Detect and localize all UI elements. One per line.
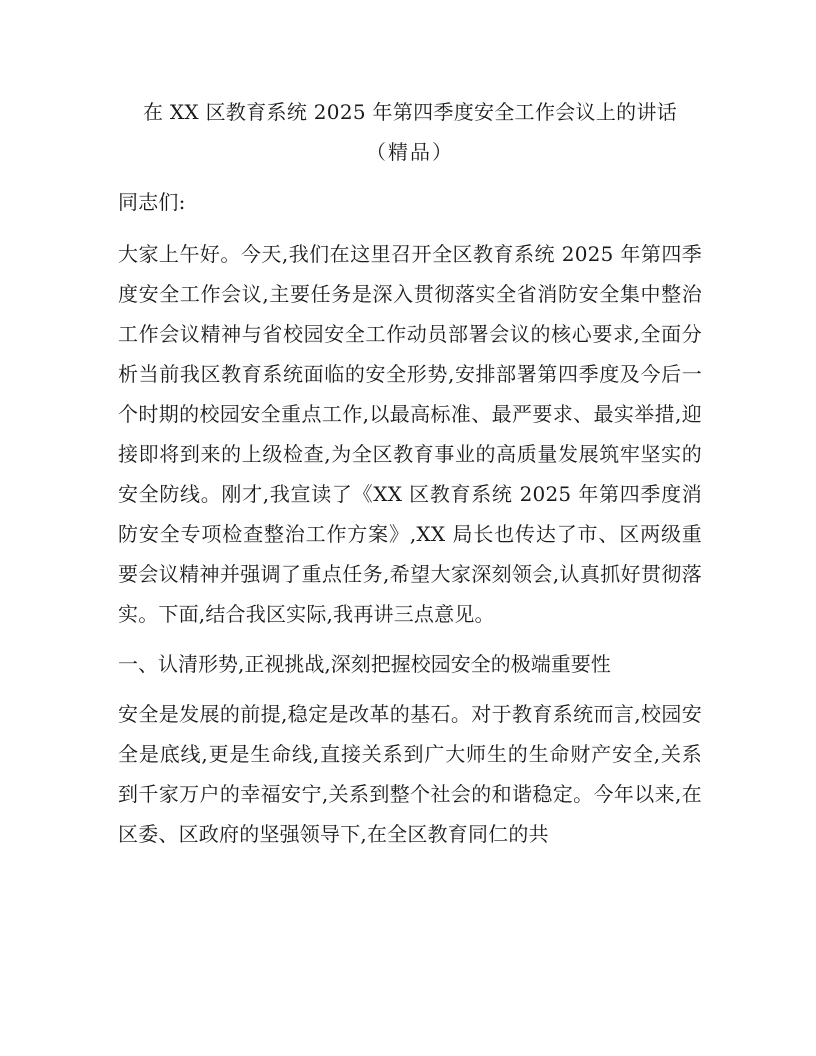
section-1-paragraph: 安全是发展的前提,稳定是改革的基石。对于教育系统而言,校园安全是底线,更是生命线…	[118, 694, 702, 854]
document-subtitle: （精品）	[118, 132, 702, 172]
section-heading-1: 一、认清形势,正视挑战,深刻把握校园安全的极端重要性	[118, 644, 702, 684]
document-title: 在 XX 区教育系统 2025 年第四季度安全工作会议上的讲话	[118, 92, 702, 132]
salutation: 同志们:	[118, 182, 702, 222]
opening-paragraph: 大家上午好。今天,我们在这里召开全区教育系统 2025 年第四季度安全工作会议,…	[118, 234, 702, 634]
document-page: 在 XX 区教育系统 2025 年第四季度安全工作会议上的讲话 （精品） 同志们…	[118, 92, 702, 864]
